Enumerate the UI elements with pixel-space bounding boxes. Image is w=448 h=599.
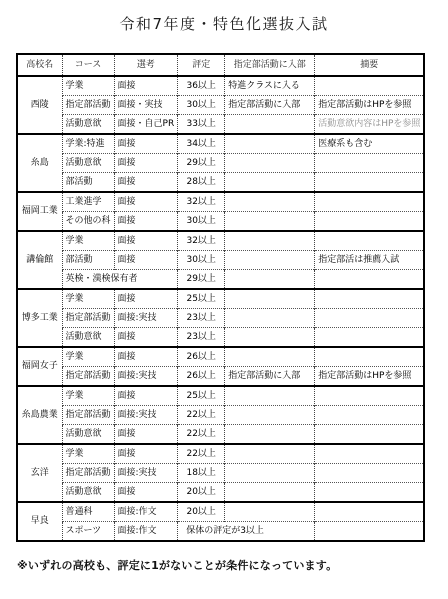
rating-cell: 30以上	[178, 96, 225, 115]
table-row: 福岡女子 学業 面接 26以上	[17, 347, 424, 367]
selection-cell: 面接	[114, 386, 178, 406]
club-cell	[225, 444, 315, 464]
course-cell: 学業	[62, 289, 114, 309]
header-row: 高校名 コース 選考 評定 指定部活動に入部 摘要	[17, 54, 424, 76]
course-cell: 活動意欲	[62, 328, 114, 348]
course-cell: 学業:特進	[62, 134, 114, 154]
club-cell	[225, 502, 315, 522]
selection-cell: 面接:作文	[114, 522, 178, 542]
club-cell	[225, 154, 315, 173]
course-cell: 部活動	[62, 173, 114, 193]
selection-cell: 面接	[114, 76, 178, 96]
rating-cell: 26以上	[178, 367, 225, 387]
rating-cell: 34以上	[178, 134, 225, 154]
course-cell: スポーツ	[62, 522, 114, 542]
remarks-cell	[315, 406, 425, 425]
rating-cell: 29以上	[178, 270, 225, 290]
course-cell: 活動意欲	[62, 483, 114, 503]
column-header-school: 高校名	[17, 54, 62, 76]
table-row: 指定部活動 面接・実技 30以上 指定部活動に入部 指定部活動はHPを参照	[17, 96, 424, 115]
selection-cell: 面接	[114, 154, 178, 173]
table-row: 玄洋 学業 面接 22以上	[17, 444, 424, 464]
selection-cell: 面接:実技	[114, 367, 178, 387]
remarks-cell: 指定部活動はHPを参照	[315, 96, 425, 115]
course-cell: 学業	[62, 386, 114, 406]
remarks-cell	[315, 173, 425, 193]
course-cell: 学業	[62, 76, 114, 96]
rating-cell: 25以上	[178, 386, 225, 406]
rating-cell: 29以上	[178, 154, 225, 173]
rating-cell: 22以上	[178, 406, 225, 425]
club-cell	[225, 173, 315, 193]
course-cell: 活動意欲	[62, 115, 114, 135]
selection-cell: 面接・実技	[114, 96, 178, 115]
selection-cell: 面接:作文	[114, 502, 178, 522]
school-name-cell: 博多工業	[17, 289, 62, 347]
rating-condition-cell: 保体の評定が3以上	[178, 522, 315, 542]
table-row: 指定部活動 面接:実技 18以上	[17, 464, 424, 483]
rating-cell: 22以上	[178, 444, 225, 464]
table-row: 部活動 面接 28以上	[17, 173, 424, 193]
course-cell: 部活動	[62, 251, 114, 270]
club-cell	[225, 231, 315, 251]
rating-cell: 26以上	[178, 347, 225, 367]
selection-cell: 面接・自己PR	[114, 115, 178, 135]
remarks-cell	[315, 328, 425, 348]
table-row: 活動意欲 面接・自己PR 33以上 活動意欲内容はHPを参照	[17, 115, 424, 135]
table-row: 西陵 学業 面接 36以上 特進クラスに入る	[17, 76, 424, 96]
column-header-club: 指定部活動に入部	[225, 54, 315, 76]
rating-cell: 25以上	[178, 289, 225, 309]
remarks-cell	[315, 192, 425, 212]
remarks-cell: 活動意欲内容はHPを参照	[315, 115, 425, 135]
club-cell	[225, 406, 315, 425]
rating-cell: 32以上	[178, 231, 225, 251]
school-name-cell: 糸島	[17, 134, 62, 192]
school-name-cell: 糸島農業	[17, 386, 62, 444]
qualification-holder-cell: 英検・漢検保有者	[62, 270, 178, 290]
remarks-cell	[315, 464, 425, 483]
selection-cell: 面接	[114, 483, 178, 503]
table-row: 指定部活動 面接:実技 22以上	[17, 406, 424, 425]
page-title: 令和7年度・特色化選抜入試	[0, 13, 448, 34]
course-cell: 学業	[62, 444, 114, 464]
rating-cell: 22以上	[178, 425, 225, 445]
remarks-cell: 指定部活は推薦入試	[315, 251, 425, 270]
table-row: 活動意欲 面接 22以上	[17, 425, 424, 445]
club-cell	[225, 134, 315, 154]
selection-cell: 面接	[114, 328, 178, 348]
club-cell: 特進クラスに入る	[225, 76, 315, 96]
remarks-cell	[315, 231, 425, 251]
selection-cell: 面接	[114, 251, 178, 270]
school-name-cell: 早良	[17, 502, 62, 541]
selection-cell: 面接	[114, 192, 178, 212]
course-cell: 工業進学	[62, 192, 114, 212]
school-name-cell: 講倫館	[17, 231, 62, 289]
club-cell	[225, 386, 315, 406]
club-cell	[225, 270, 315, 290]
rating-cell: 32以上	[178, 192, 225, 212]
exam-table: 高校名 コース 選考 評定 指定部活動に入部 摘要 西陵 学業 面接 36以上 …	[16, 53, 425, 542]
table-row: 講倫館 学業 面接 32以上	[17, 231, 424, 251]
remarks-cell	[315, 522, 425, 542]
course-cell: 学業	[62, 231, 114, 251]
club-cell	[225, 347, 315, 367]
selection-cell: 面接	[114, 425, 178, 445]
table-row: 福岡工業 工業進学 面接 32以上	[17, 192, 424, 212]
selection-cell: 面接	[114, 173, 178, 193]
club-cell: 指定部活動に入部	[225, 367, 315, 387]
remarks-cell: 医療系も含む	[315, 134, 425, 154]
course-cell: 活動意欲	[62, 425, 114, 445]
school-name-cell: 玄洋	[17, 444, 62, 502]
selection-cell: 面接:実技	[114, 309, 178, 328]
course-cell: 学業	[62, 347, 114, 367]
rating-cell: 30以上	[178, 251, 225, 270]
table-row: 活動意欲 面接 29以上	[17, 154, 424, 173]
table-row: 指定部活動 面接:実技 23以上	[17, 309, 424, 328]
selection-cell: 面接:実技	[114, 406, 178, 425]
table-row: 活動意欲 面接 23以上	[17, 328, 424, 348]
rating-cell: 36以上	[178, 76, 225, 96]
club-cell	[225, 212, 315, 232]
column-header-course: コース	[62, 54, 114, 76]
table-row: 糸島農業 学業 面接 25以上	[17, 386, 424, 406]
school-name-cell: 福岡工業	[17, 192, 62, 231]
club-cell	[225, 289, 315, 309]
table-row: 英検・漢検保有者 29以上	[17, 270, 424, 290]
remarks-cell	[315, 483, 425, 503]
rating-cell: 23以上	[178, 309, 225, 328]
remarks-cell	[315, 444, 425, 464]
remarks-cell	[315, 270, 425, 290]
club-cell	[225, 251, 315, 270]
table-row: 指定部活動 面接:実技 26以上 指定部活動に入部 指定部活動はHPを参照	[17, 367, 424, 387]
table-row: 活動意欲 面接 20以上	[17, 483, 424, 503]
school-name-cell: 西陵	[17, 76, 62, 134]
course-cell: 活動意欲	[62, 154, 114, 173]
course-cell: 普通科	[62, 502, 114, 522]
club-cell	[225, 464, 315, 483]
table-row: 早良 普通科 面接:作文 20以上	[17, 502, 424, 522]
course-cell: 指定部活動	[62, 464, 114, 483]
course-cell: 指定部活動	[62, 406, 114, 425]
school-name-cell: 福岡女子	[17, 347, 62, 386]
club-cell	[225, 425, 315, 445]
selection-cell: 面接	[114, 231, 178, 251]
table-row: 博多工業 学業 面接 25以上	[17, 289, 424, 309]
selection-cell: 面接	[114, 347, 178, 367]
rating-cell: 20以上	[178, 502, 225, 522]
rating-cell: 28以上	[178, 173, 225, 193]
course-cell: 指定部活動	[62, 367, 114, 387]
course-cell: その他の科	[62, 212, 114, 232]
rating-cell: 20以上	[178, 483, 225, 503]
remarks-cell	[315, 154, 425, 173]
table-row: その他の科 面接 30以上	[17, 212, 424, 232]
course-cell: 指定部活動	[62, 309, 114, 328]
club-cell	[225, 309, 315, 328]
course-cell: 指定部活動	[62, 96, 114, 115]
rating-cell: 33以上	[178, 115, 225, 135]
column-header-remarks: 摘要	[315, 54, 425, 76]
selection-cell: 面接:実技	[114, 464, 178, 483]
rating-cell: 23以上	[178, 328, 225, 348]
club-cell	[225, 483, 315, 503]
remarks-cell	[315, 309, 425, 328]
table-row: スポーツ 面接:作文 保体の評定が3以上	[17, 522, 424, 542]
selection-cell: 面接	[114, 134, 178, 154]
rating-cell: 18以上	[178, 464, 225, 483]
remarks-cell	[315, 386, 425, 406]
selection-cell: 面接	[114, 289, 178, 309]
remarks-cell: 指定部活動はHPを参照	[315, 367, 425, 387]
table-row: 部活動 面接 30以上 指定部活は推薦入試	[17, 251, 424, 270]
selection-cell: 面接	[114, 212, 178, 232]
footnote: ※いずれの高校も、評定に1がないことが条件になっています。	[17, 557, 448, 573]
remarks-cell	[315, 212, 425, 232]
column-header-selection: 選考	[114, 54, 178, 76]
club-cell	[225, 192, 315, 212]
remarks-cell	[315, 289, 425, 309]
club-cell: 指定部活動に入部	[225, 96, 315, 115]
club-cell	[225, 328, 315, 348]
remarks-cell	[315, 347, 425, 367]
selection-cell: 面接	[114, 444, 178, 464]
column-header-rating: 評定	[178, 54, 225, 76]
remarks-cell	[315, 76, 425, 96]
rating-cell: 30以上	[178, 212, 225, 232]
club-cell	[225, 115, 315, 135]
remarks-cell	[315, 502, 425, 522]
table-row: 糸島 学業:特進 面接 34以上 医療系も含む	[17, 134, 424, 154]
remarks-cell	[315, 425, 425, 445]
